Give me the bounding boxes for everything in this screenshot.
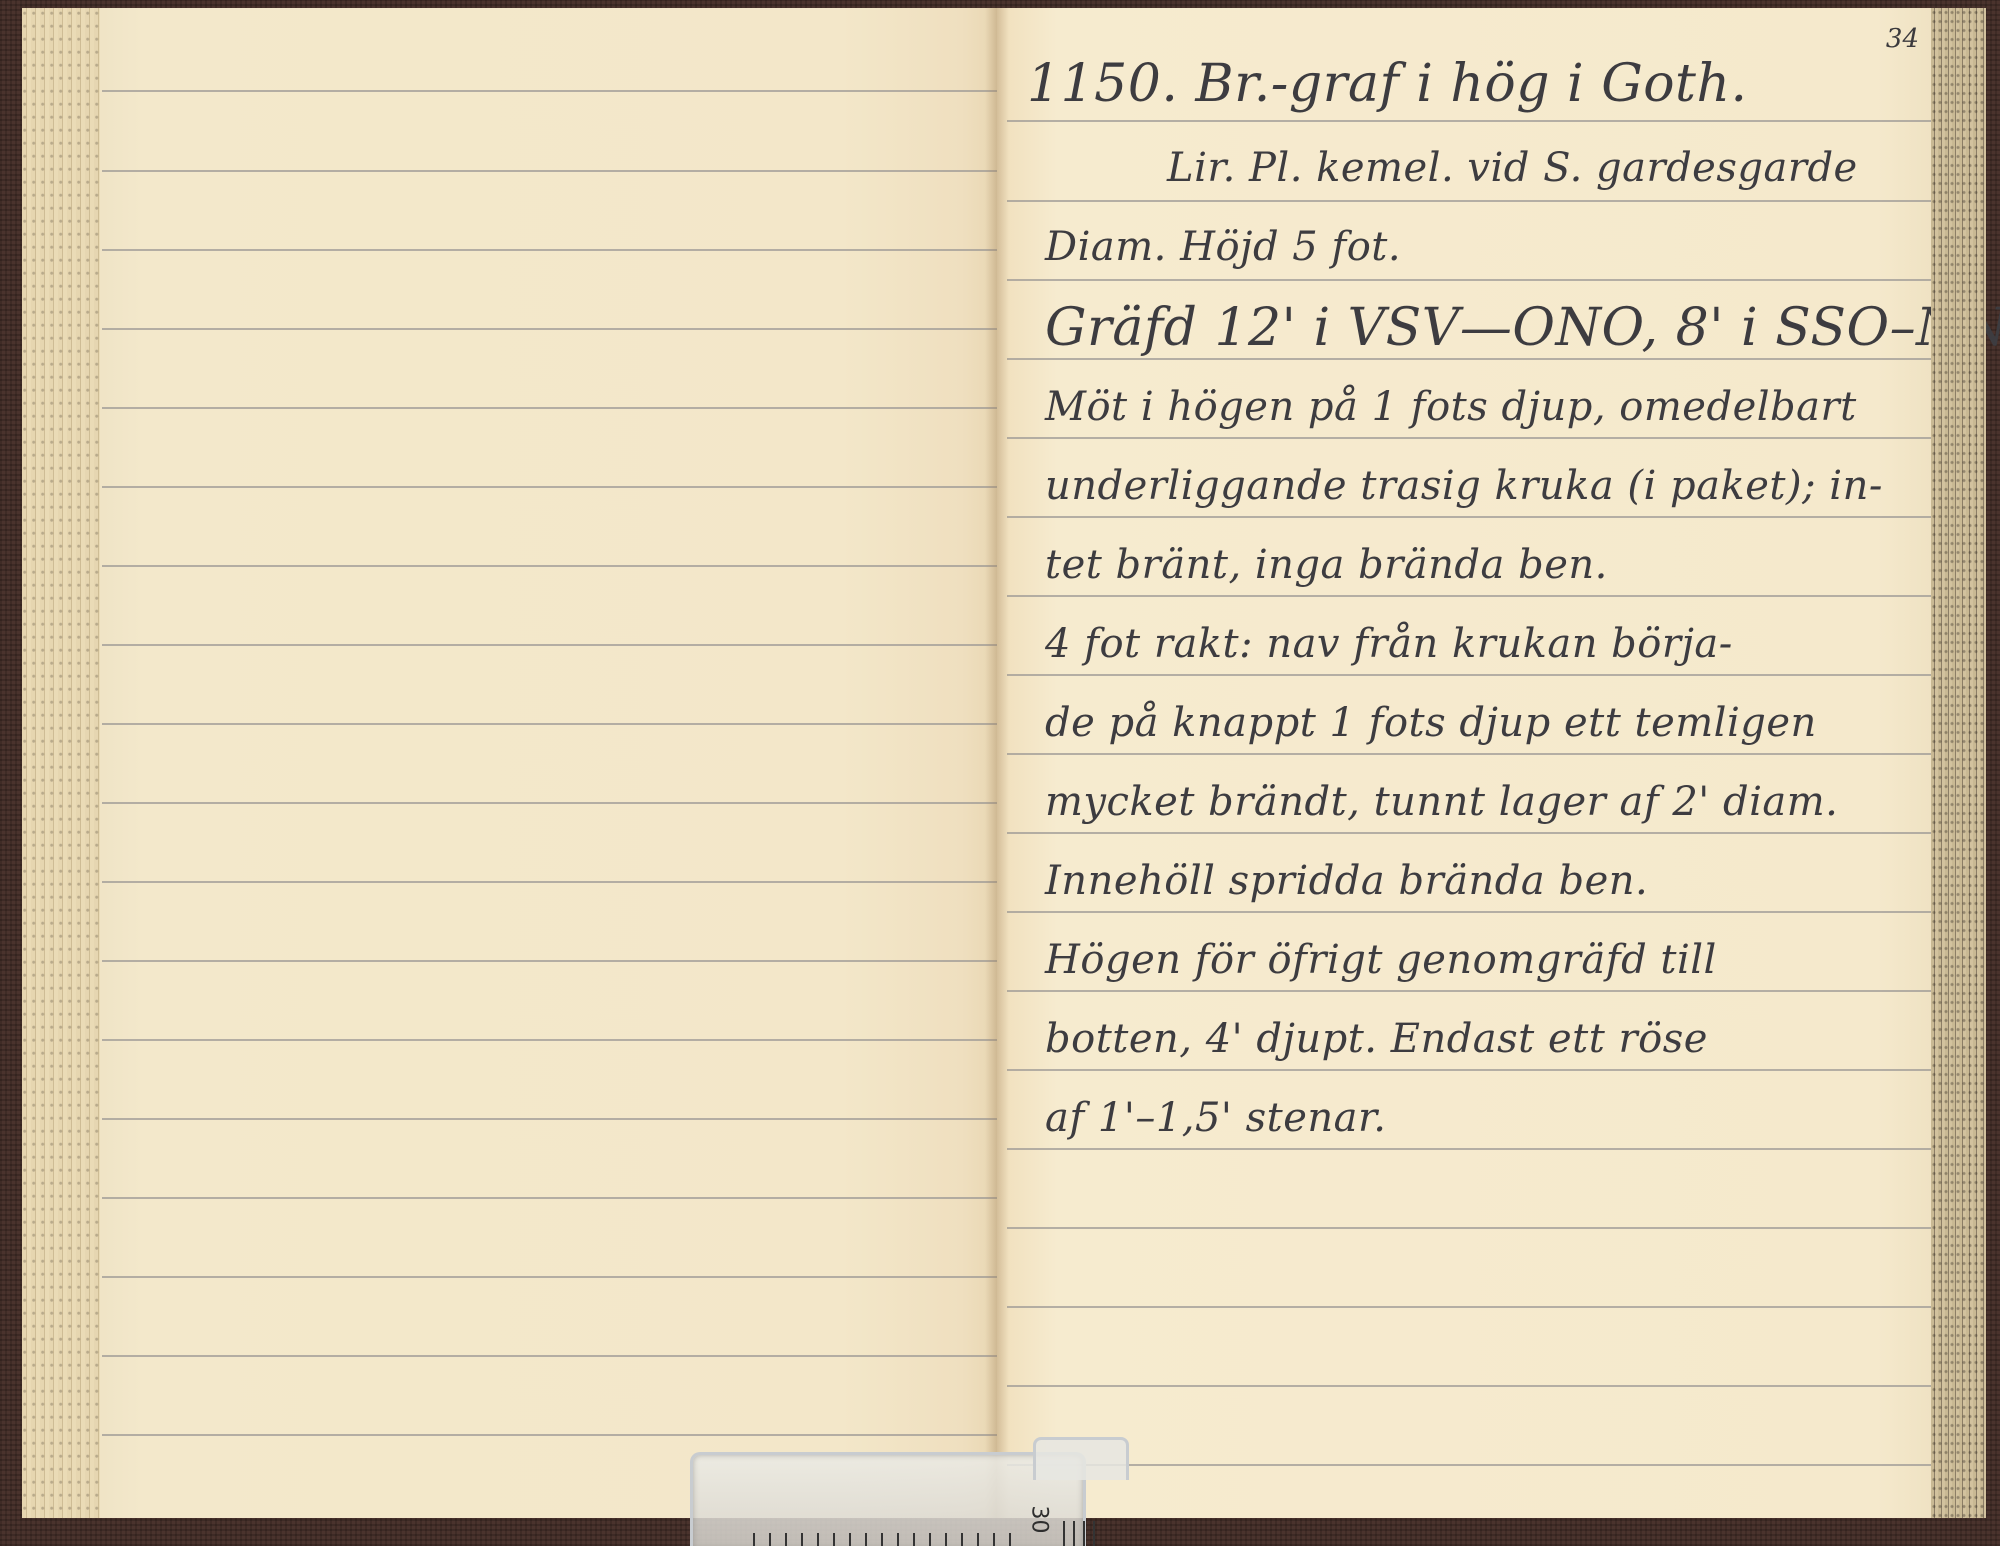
ruled-line <box>1007 1069 1931 1071</box>
ruled-line <box>1007 753 1931 755</box>
ruled-line <box>1007 595 1931 597</box>
ruled-line <box>1007 1306 1931 1308</box>
book-gutter <box>985 8 1009 1518</box>
ruled-line <box>102 1434 997 1436</box>
ruled-line <box>1007 990 1931 992</box>
right-page: 34 1150. Br.-graf i hög i Goth. Lir. Pl.… <box>997 8 1931 1518</box>
handwritten-line: 4 fot rakt: nav från krukan börja- <box>1045 621 1911 667</box>
ruled-line <box>1007 120 1931 122</box>
ruled-line <box>102 328 997 330</box>
handwritten-line: Möt i högen på 1 fots djup, omedelbart <box>1045 384 1911 430</box>
handwritten-line: mycket brändt, tunnt lager af 2' diam. <box>1045 779 1911 825</box>
ruled-line <box>102 802 997 804</box>
measuring-ruler: 30 <box>690 1452 1086 1546</box>
handwritten-line: Gräfd 12' i VSV—ONO, 8' i SSO–NNV. <box>1045 298 1911 358</box>
ruled-line <box>1007 674 1931 676</box>
handwritten-line: af 1'–1,5' stenar. <box>1045 1095 1911 1141</box>
handwritten-line: Diam. Höjd 5 fot. <box>1045 224 1911 270</box>
ruled-line <box>1007 1148 1931 1150</box>
left-page <box>22 8 997 1518</box>
page-edges-left <box>22 8 100 1518</box>
ruled-line <box>102 170 997 172</box>
page-number: 34 <box>1886 24 1919 54</box>
ruler-ticks <box>753 1533 1023 1546</box>
ruler-tab <box>1033 1437 1129 1480</box>
ruled-line <box>102 1355 997 1357</box>
ruled-line <box>102 249 997 251</box>
ruled-line <box>102 1276 997 1278</box>
ruled-line <box>102 90 997 92</box>
ruled-line <box>102 644 997 646</box>
handwritten-line: tet bränt, inga brända ben. <box>1045 542 1911 588</box>
ruled-line <box>102 407 997 409</box>
ruled-line <box>1007 200 1931 202</box>
handwritten-line: botten, 4' djupt. Endast ett röse <box>1045 1016 1911 1062</box>
handwritten-line: Lir. Pl. kemel. vid S. gardesgarde <box>1167 145 1911 191</box>
ruled-line <box>1007 911 1931 913</box>
ruled-line <box>1007 358 1931 360</box>
ruled-line <box>102 486 997 488</box>
ruled-line <box>102 1197 997 1199</box>
ruled-line <box>102 565 997 567</box>
ruled-line <box>1007 832 1931 834</box>
handwritten-line: de på knappt 1 fots djup ett temligen <box>1045 700 1911 746</box>
handwritten-line: Innehöll spridda brända ben. <box>1045 858 1911 904</box>
ruler-scale-label: 30 <box>1027 1506 1052 1534</box>
ruled-line <box>1007 516 1931 518</box>
ruled-line <box>1007 1227 1931 1229</box>
handwritten-line: Högen för öfrigt genomgräfd till <box>1045 937 1911 983</box>
ruled-line <box>102 1118 997 1120</box>
ruler-ticks-major <box>1063 1521 1103 1546</box>
handwritten-line: underliggande trasig kruka (i paket); in… <box>1045 463 1911 509</box>
handwritten-line: 1150. Br.-graf i hög i Goth. <box>1027 54 1911 114</box>
ruled-line <box>1007 1464 1931 1466</box>
ruled-line <box>102 1039 997 1041</box>
ruled-line <box>1007 279 1931 281</box>
ruled-line <box>102 881 997 883</box>
ruled-line <box>1007 1385 1931 1387</box>
ruled-line <box>1007 437 1931 439</box>
ruled-line <box>102 723 997 725</box>
page-edges-right <box>1931 8 1986 1518</box>
ruled-line <box>102 960 997 962</box>
